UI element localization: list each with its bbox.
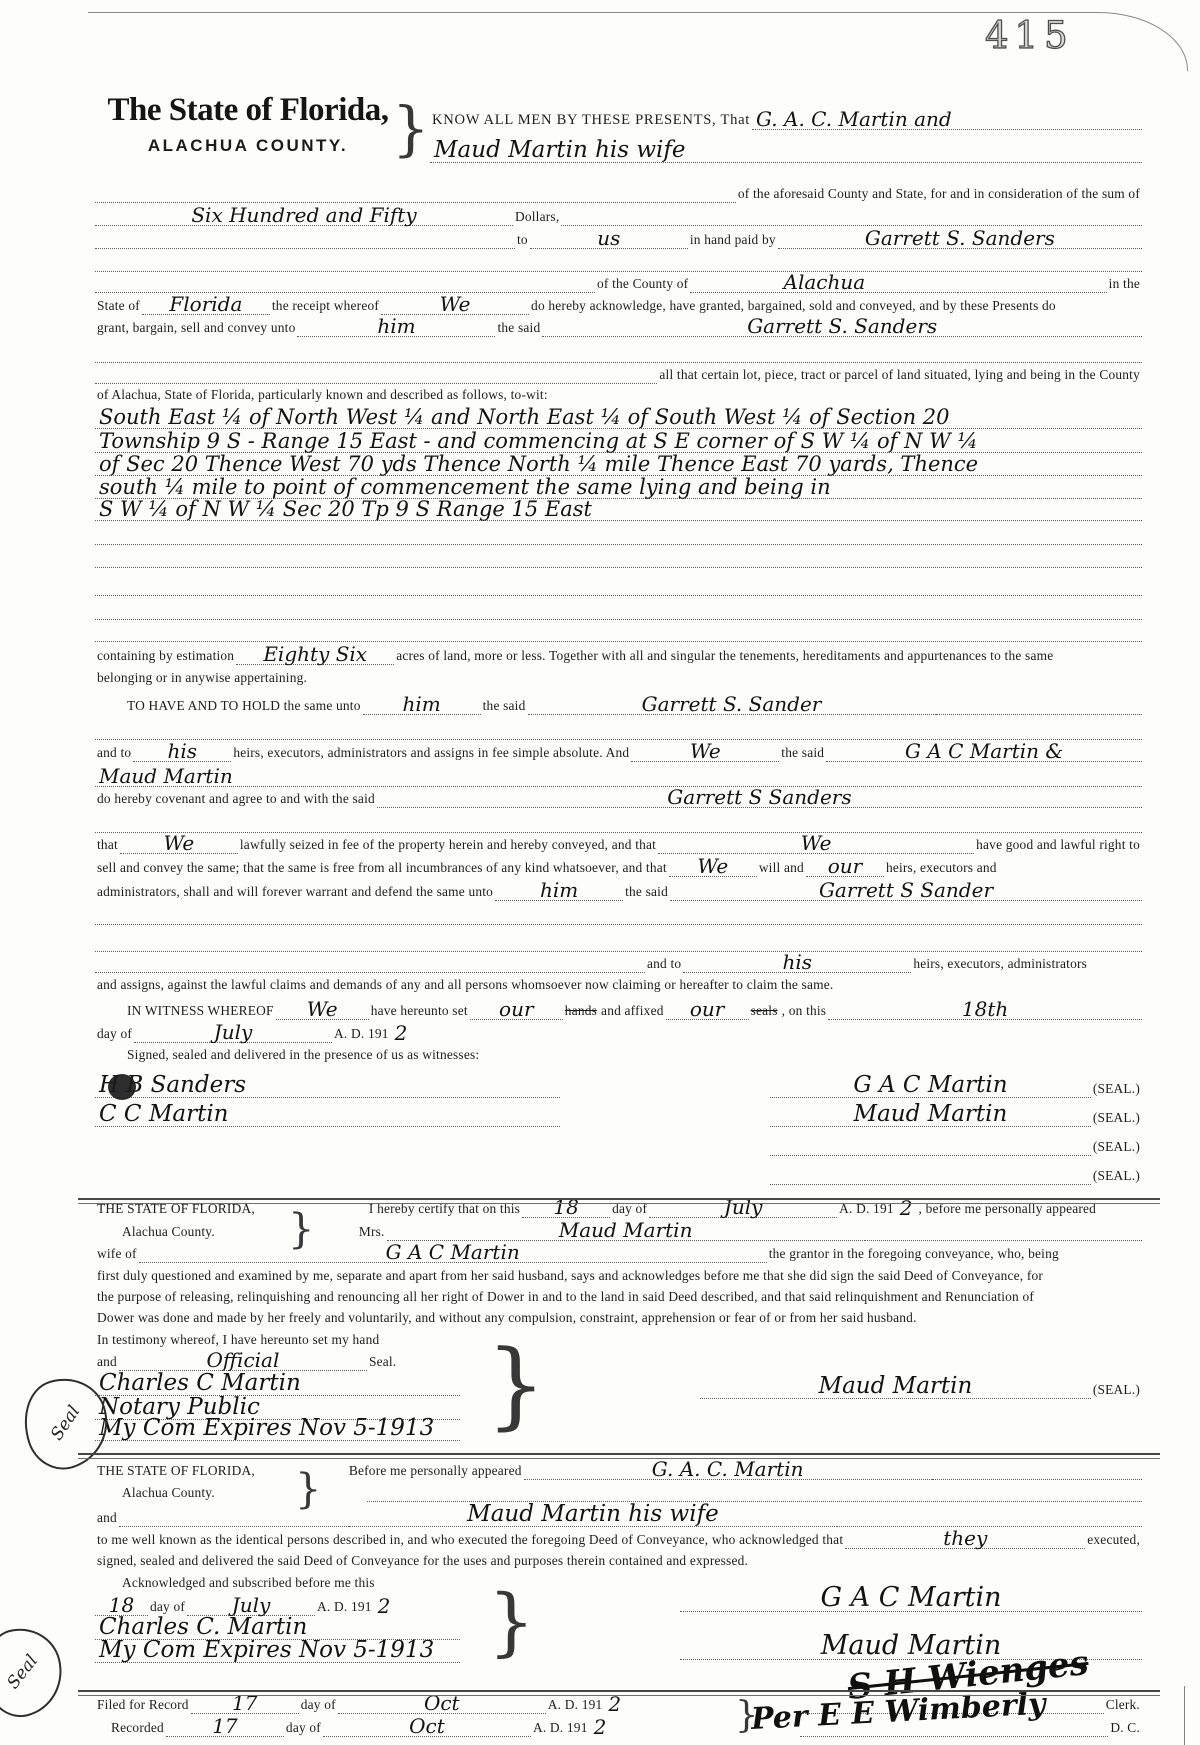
- dotted-line: [95, 922, 1142, 925]
- printed-text: day of: [95, 1026, 134, 1043]
- curly-brace-glyph: }: [288, 1208, 314, 1250]
- form-line: Charles C Martin: [95, 1372, 460, 1396]
- printed-text: of the County of: [595, 276, 690, 293]
- spacer: [217, 1240, 357, 1241]
- form-line: day ofJulyA. D. 1912: [95, 1022, 1142, 1043]
- printed-text: TO HAVE AND TO HOLD the same unto: [125, 698, 363, 715]
- handwritten-text: G A C Martin &: [826, 741, 1142, 762]
- printed-text: Signed, sealed and delivered in the pres…: [125, 1047, 481, 1064]
- printed-text: (SEAL.): [1091, 1110, 1142, 1127]
- handwritten-text: Alachua: [690, 272, 958, 293]
- printed-text: Mrs.: [357, 1224, 387, 1241]
- handwritten-text: us: [530, 228, 688, 249]
- handwritten-text: We: [658, 833, 974, 854]
- printed-text: in hand paid by: [688, 232, 778, 249]
- form-line: all that certain lot, piece, tract or pa…: [95, 367, 1142, 384]
- printed-text: and affixed: [599, 1003, 666, 1020]
- printed-text: belonging or in anywise appertaining.: [95, 670, 309, 687]
- printed-text: have good and lawful right to: [974, 837, 1142, 854]
- printed-text: and to: [645, 956, 683, 973]
- printed-text: first duly questioned and examined by me…: [95, 1268, 1045, 1285]
- handwritten-text: 18th: [828, 999, 1142, 1020]
- curly-brace-glyph: }: [488, 1586, 535, 1660]
- handwritten-text: 17: [191, 1693, 299, 1714]
- form-line: and tohisheirs, executors, administrator…: [95, 741, 1142, 762]
- printed-text: wife of: [95, 1246, 139, 1263]
- form-line: G A C Martin(SEAL.): [770, 1074, 1142, 1098]
- form-line: IN WITNESS WHEREOFWehave hereunto setour…: [95, 999, 1142, 1020]
- document-header: The State of Florida, ALACHUA COUNTY.: [92, 92, 404, 156]
- form-line: H B Sanders: [95, 1074, 560, 1098]
- form-line: My Com Expires Nov 5-1913: [95, 1639, 460, 1663]
- printed-text: acres of land, more or less. Together wi…: [394, 648, 1055, 665]
- printed-text: containing by estimation: [95, 648, 236, 665]
- dotted-line: [95, 565, 1142, 568]
- printed-text: Acknowledged and subscribed before me th…: [120, 1575, 377, 1592]
- curly-brace-glyph: }: [486, 1338, 546, 1432]
- form-line: [95, 922, 1142, 925]
- dotted-line: [770, 1153, 1091, 1156]
- curly-brace-glyph: }: [295, 1468, 321, 1510]
- printed-text: executed,: [1085, 1532, 1142, 1549]
- form-line: first duly questioned and examined by me…: [95, 1268, 1142, 1285]
- printed-text: Recorded: [109, 1720, 166, 1737]
- spacer: [217, 1501, 367, 1502]
- printed-text: (SEAL.): [1091, 1081, 1142, 1098]
- handwritten-text: Garrett S. Sanders: [778, 228, 1142, 249]
- handwritten-text: We: [631, 741, 779, 762]
- printed-text: will and: [757, 860, 806, 877]
- state-title: The State of Florida,: [92, 92, 404, 129]
- form-line: [95, 360, 1142, 363]
- handwritten-text: our: [470, 999, 563, 1020]
- handwritten-text: Garrett S. Sanders: [542, 316, 1142, 337]
- printed-text: the grantor in the foregoing conveyance,…: [767, 1246, 1061, 1263]
- form-line: thatWelawfully seized in fee of the prop…: [95, 833, 1142, 854]
- printed-text: A. D. 191: [531, 1720, 590, 1737]
- notary-seal-text: Seal: [4, 1651, 43, 1693]
- printed-text: day of: [610, 1201, 649, 1218]
- printed-text: Clerk.: [1104, 1697, 1142, 1714]
- handwritten-text: Garrett S Sanders: [377, 787, 1142, 808]
- form-line: belonging or in anywise appertaining.: [95, 670, 1142, 687]
- county-subtitle: ALACHUA COUNTY.: [92, 136, 404, 156]
- dotted-line: [95, 970, 645, 973]
- printed-text: sell and convey the same; that the same …: [95, 860, 669, 877]
- dotted-line: [865, 1238, 1142, 1241]
- form-line: wife ofG A C Martinthe grantor in the fo…: [95, 1242, 1142, 1263]
- dotted-line: [958, 290, 1106, 293]
- handwritten-text: our: [806, 856, 884, 877]
- form-line: and tohisheirs, executors, administrator…: [95, 952, 1142, 973]
- printed-text: , on this: [780, 1003, 829, 1020]
- form-line: Alachua County.: [95, 1485, 1142, 1502]
- printed-text: IN WITNESS WHEREOF: [125, 1003, 276, 1020]
- form-line: [95, 639, 1142, 642]
- handwritten-text: 2: [590, 1717, 611, 1737]
- form-line: Maud Martin his wife: [430, 139, 1142, 163]
- printed-text: State of: [95, 298, 142, 315]
- form-line: administrators, shall and will forever w…: [95, 880, 1142, 901]
- form-line: [95, 593, 1142, 596]
- handwritten-text: Official: [119, 1350, 367, 1371]
- form-line: Maud Martin(SEAL.): [700, 1375, 1142, 1399]
- printed-text: the said: [623, 884, 670, 901]
- handwritten-text: Maud Martin his wife: [430, 139, 1142, 163]
- form-line: signed, sealed and delivered the said De…: [95, 1553, 1142, 1570]
- printed-struck-text: seals: [749, 1003, 780, 1020]
- handwritten-text: Eighty Six: [236, 644, 394, 665]
- form-line: TO HAVE AND TO HOLD the same untohimthe …: [95, 694, 1142, 715]
- form-line: State ofFloridathe receipt whereofWedo h…: [95, 294, 1142, 315]
- dotted-line: [561, 223, 1142, 226]
- handwritten-text: G. A. C. Martin and: [752, 109, 1142, 130]
- printed-text: that: [95, 837, 120, 854]
- printed-text: Alachua County.: [120, 1485, 217, 1502]
- printed-text: (SEAL.): [1091, 1139, 1142, 1156]
- handwritten-text: Florida: [142, 294, 270, 315]
- printed-text: in the: [1107, 276, 1142, 293]
- form-line: In testimony whereof, I have hereunto se…: [95, 1332, 1142, 1349]
- printed-text: the said: [779, 745, 826, 762]
- handwritten-text: Garrett S Sander: [670, 880, 1142, 901]
- form-line: [95, 565, 1142, 568]
- printed-text: the said: [495, 320, 542, 337]
- printed-text: the said: [481, 698, 528, 715]
- form-line: Alachua County.Mrs.Maud Martin: [95, 1220, 1142, 1241]
- handwritten-text: 2: [604, 1694, 625, 1714]
- form-line: THE STATE OF FLORIDA,Before me personall…: [95, 1459, 1142, 1480]
- form-line: of the aforesaid County and State, for a…: [95, 186, 1142, 203]
- form-line: do hereby covenant and agree to and with…: [95, 787, 1142, 808]
- printed-text: and assigns, against the lawful claims a…: [95, 977, 835, 994]
- dotted-line: [936, 712, 1142, 715]
- printed-text: day of: [284, 1720, 323, 1737]
- handwritten-text: our: [666, 999, 749, 1020]
- printed-text: and to: [95, 745, 133, 762]
- form-line: Maud Martin: [95, 766, 1142, 787]
- printed-text: all that certain lot, piece, tract or pa…: [657, 367, 1142, 384]
- printed-text: A. D. 191: [332, 1026, 391, 1043]
- form-line: of the County ofAlachuain the: [95, 272, 1142, 293]
- printed-text: to me well known as the identical person…: [95, 1532, 845, 1549]
- dotted-line: [932, 1477, 1142, 1480]
- handwritten-text: his: [133, 741, 231, 762]
- dotted-line: [95, 381, 657, 384]
- printed-text: , before me personally appeared: [916, 1201, 1098, 1218]
- section-divider: [78, 1453, 1160, 1459]
- printed-text: heirs, executors and: [884, 860, 999, 877]
- handwritten-text: Oct: [323, 1716, 531, 1737]
- form-line: [95, 617, 1142, 620]
- form-line: tousin hand paid byGarrett S. Sanders: [95, 228, 1142, 249]
- ink-blot: [108, 1074, 136, 1100]
- handwritten-text: south ¼ mile to point of commencement th…: [95, 477, 1142, 499]
- dotted-line: [95, 617, 1142, 620]
- handwritten-text: of Sec 20 Thence West 70 yds Thence Nort…: [95, 454, 1142, 476]
- handwritten-text: 2: [391, 1023, 412, 1043]
- handwritten-text: Six Hundred and Fifty: [95, 205, 513, 226]
- dotted-line: [800, 1734, 1108, 1737]
- dotted-line: [95, 542, 1142, 545]
- dotted-line: [95, 246, 515, 249]
- handwritten-text: him: [297, 316, 495, 337]
- printed-text: lawfully seized in fee of the property h…: [238, 837, 658, 854]
- handwritten-text: S W ¼ of N W ¼ Sec 20 Tp 9 S Range 15 Ea…: [95, 499, 1142, 521]
- dotted-line: [119, 1524, 349, 1527]
- form-line: Signed, sealed and delivered in the pres…: [95, 1047, 1142, 1064]
- curly-brace-glyph: }: [392, 99, 430, 158]
- handwritten-text: My Com Expires Nov 5-1913: [95, 1417, 460, 1441]
- printed-text: THE STATE OF FLORIDA,: [95, 1201, 257, 1218]
- printed-text: and: [95, 1354, 119, 1371]
- dotted-line: [770, 1182, 1091, 1185]
- form-line: My Com Expires Nov 5-1913: [95, 1417, 460, 1441]
- section-divider: [78, 1198, 1160, 1204]
- form-line: to me well known as the identical person…: [95, 1528, 1142, 1549]
- form-line: and assigns, against the lawful claims a…: [95, 977, 1142, 994]
- form-line: grant, bargain, sell and convey untohimt…: [95, 316, 1142, 337]
- page-number: 415: [985, 14, 1074, 57]
- printed-text: I hereby certify that on this: [367, 1201, 522, 1218]
- handwritten-text: 2: [374, 1596, 395, 1616]
- printed-text: A. D. 191: [837, 1201, 896, 1218]
- dotted-line: [95, 360, 1142, 363]
- form-line: [95, 542, 1142, 545]
- printed-text: do hereby acknowledge, have granted, bar…: [529, 298, 1058, 315]
- printed-text: administrators, shall and will forever w…: [95, 884, 495, 901]
- notary-seal-text: Seal: [47, 1402, 84, 1444]
- printed-text: of the aforesaid County and State, for a…: [736, 186, 1142, 203]
- handwritten-text: G. A. C. Martin: [524, 1459, 932, 1480]
- printed-text: A. D. 191: [315, 1599, 374, 1616]
- printed-text: do hereby covenant and agree to and with…: [95, 791, 377, 808]
- handwritten-text: Maud Martin his wife: [349, 1503, 837, 1527]
- handwritten-text: We: [120, 833, 238, 854]
- handwritten-text: 17: [166, 1716, 284, 1737]
- handwritten-text: H B Sanders: [95, 1074, 560, 1098]
- printed-text: A. D. 191: [546, 1697, 605, 1714]
- form-line: of Sec 20 Thence West 70 yds Thence Nort…: [95, 454, 1142, 476]
- form-line: (SEAL.): [770, 1168, 1142, 1185]
- form-line: of Alachua, State of Florida, particular…: [95, 387, 1142, 404]
- form-line: andMaud Martin his wife: [95, 1503, 1142, 1527]
- dotted-line: [95, 593, 1142, 596]
- form-line: (SEAL.): [770, 1139, 1142, 1156]
- page-edge-line: [1184, 1686, 1185, 1745]
- form-line: Township 9 S - Range 15 East - and comme…: [95, 431, 1142, 453]
- handwritten-text: July: [187, 1595, 315, 1616]
- handwritten-text: C C Martin: [95, 1103, 560, 1127]
- printed-text: In testimony whereof, I have hereunto se…: [95, 1332, 381, 1349]
- form-line: C C Martin: [95, 1103, 560, 1127]
- printed-text: heirs, executors, administrators and ass…: [231, 745, 631, 762]
- printed-text: Before me personally appeared: [347, 1463, 524, 1480]
- handwritten-text: Maud Martin: [95, 766, 1142, 787]
- handwritten-text: We: [669, 856, 757, 877]
- handwritten-text: July: [134, 1022, 332, 1043]
- form-line: Filed for Record17day ofOctA. D. 1912: [95, 1693, 720, 1714]
- printed-text: the receipt whereof: [270, 298, 381, 315]
- dotted-line: [95, 639, 1142, 642]
- printed-text: (SEAL.): [1091, 1382, 1142, 1399]
- handwritten-text: Oct: [338, 1693, 546, 1714]
- form-line: KNOW ALL MEN BY THESE PRESENTS, ThatG. A…: [430, 109, 1142, 130]
- form-line: Dower was done and made by her freely an…: [95, 1310, 1142, 1327]
- handwritten-text: Maud Martin: [700, 1375, 1091, 1399]
- handwritten-text: his: [683, 952, 911, 973]
- handwritten-text: they: [845, 1528, 1085, 1549]
- notary-seal-stamp: Seal: [0, 1620, 71, 1724]
- handwritten-text: South East ¼ of North West ¼ and North E…: [95, 407, 1142, 429]
- printed-text: THE STATE OF FLORIDA,: [95, 1463, 257, 1480]
- printed-text: the purpose of releasing, relinquishing …: [95, 1289, 1036, 1306]
- handwritten-text: 18: [95, 1595, 148, 1616]
- handwritten-text: Maud Martin: [770, 1103, 1091, 1127]
- printed-text: have hereunto set: [369, 1003, 470, 1020]
- form-line: South East ¼ of North West ¼ and North E…: [95, 407, 1142, 429]
- section-divider: [78, 1690, 1160, 1696]
- printed-struck-text: hands: [563, 1003, 599, 1020]
- handwritten-text: G A C Martin: [680, 1584, 1142, 1612]
- handwritten-text: Garrett S. Sander: [528, 694, 936, 715]
- handwritten-text: him: [363, 694, 481, 715]
- handwritten-text: We: [276, 999, 369, 1020]
- printed-caps-text: KNOW ALL MEN BY THESE PRESENTS, That: [430, 112, 752, 130]
- handwritten-text: G A C Martin: [770, 1074, 1091, 1098]
- printed-text: Alachua County.: [120, 1224, 217, 1241]
- printed-text: Dower was done and made by her freely an…: [95, 1310, 919, 1327]
- handwritten-text: Charles C Martin: [95, 1372, 460, 1396]
- printed-text: and: [95, 1510, 119, 1527]
- handwritten-text: My Com Expires Nov 5-1913: [95, 1639, 460, 1663]
- printed-text: Filed for Record: [95, 1697, 191, 1714]
- form-line: Six Hundred and FiftyDollars,: [95, 205, 1142, 226]
- handwritten-text: We: [381, 294, 529, 315]
- document-page: 415 The State of Florida, ALACHUA COUNTY…: [0, 0, 1200, 1745]
- form-line: the purpose of releasing, relinquishing …: [95, 1289, 1142, 1306]
- handwritten-text: him: [495, 880, 623, 901]
- form-line: south ¼ mile to point of commencement th…: [95, 477, 1142, 499]
- form-line: S W ¼ of N W ¼ Sec 20 Tp 9 S Range 15 Ea…: [95, 499, 1142, 521]
- form-line: sell and convey the same; that the same …: [95, 856, 1142, 877]
- form-line: Recorded17day ofOctA. D. 1912: [95, 1716, 720, 1737]
- form-line: G A C Martin: [680, 1584, 1142, 1612]
- spacer: [411, 1042, 451, 1043]
- printed-text: heirs, executors, administrators: [911, 956, 1089, 973]
- printed-text: of Alachua, State of Florida, particular…: [95, 387, 550, 404]
- printed-text: day of: [299, 1697, 338, 1714]
- form-line: andOfficialSeal.: [95, 1350, 1142, 1371]
- handwritten-text: Township 9 S - Range 15 East - and comme…: [95, 431, 1142, 453]
- handwritten-text: Maud Martin: [387, 1220, 865, 1241]
- dotted-line: [837, 1524, 1142, 1527]
- printed-text: Seal.: [367, 1354, 398, 1371]
- printed-text: signed, sealed and delivered the said De…: [95, 1553, 750, 1570]
- handwritten-text: G A C Martin: [139, 1242, 767, 1263]
- printed-text: (SEAL.): [1091, 1168, 1142, 1185]
- form-line: Maud Martin(SEAL.): [770, 1103, 1142, 1127]
- printed-text: to: [515, 232, 530, 249]
- printed-text: Dollars,: [513, 209, 561, 226]
- printed-text: grant, bargain, sell and convey unto: [95, 320, 297, 337]
- printed-text: D. C.: [1108, 1720, 1142, 1737]
- form-line: containing by estimationEighty Sixacres …: [95, 644, 1142, 665]
